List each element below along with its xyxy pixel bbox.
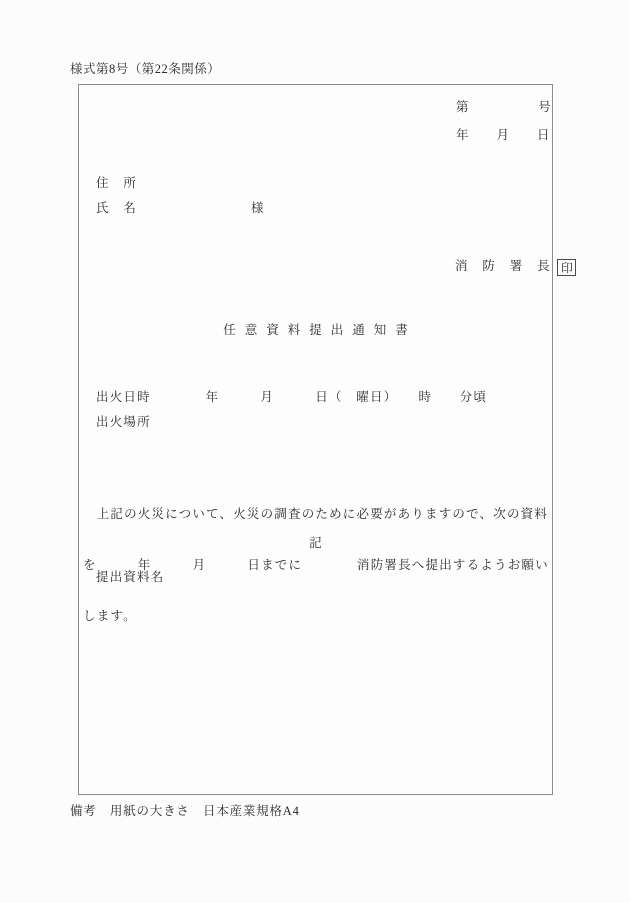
addressee-honorific: 様 — [251, 202, 265, 215]
submitted-materials-label: 提出資料名 — [96, 571, 165, 584]
seal-mark: 印 — [557, 259, 576, 276]
addressee-address-label: 住 所 — [96, 177, 137, 190]
addressee-name-label: 氏 名 — [96, 202, 137, 215]
form-number-label: 様式第8号（第22条関係） — [70, 63, 220, 76]
fire-location-label: 出火場所 — [96, 416, 151, 429]
fire-chief-title: 消 防 署 長 — [455, 259, 551, 273]
document-title: 任意資料提出通知書 — [79, 324, 552, 337]
document-number-line: 第 号 — [456, 101, 552, 114]
body-line-1: 上記の火災について、火災の調査のために必要がありますので、次の資料 — [83, 506, 551, 523]
form-border-box: 第 号 年 月 日 住 所 氏 名 様 消 防 署 長印 任意資料提出通知書 出… — [78, 84, 553, 795]
remarks-paper-size-note: 備考 用紙の大きさ 日本産業規格A4 — [70, 805, 300, 818]
document-page: 様式第8号（第22条関係） 第 号 年 月 日 住 所 氏 名 様 消 防 署 … — [0, 0, 630, 903]
document-date-line: 年 月 日 — [456, 129, 551, 142]
ki-section-marker: 記 — [79, 537, 552, 550]
fire-datetime-row: 出火日時 年 月 日（ 曜日） 時 分頃 — [96, 391, 487, 404]
body-line-3: します。 — [83, 608, 551, 625]
body-paragraph: 上記の火災について、火災の調査のために必要がありますので、次の資料 を 年 月 … — [83, 472, 551, 659]
sender-signature-line: 消 防 署 長印 — [429, 246, 576, 288]
